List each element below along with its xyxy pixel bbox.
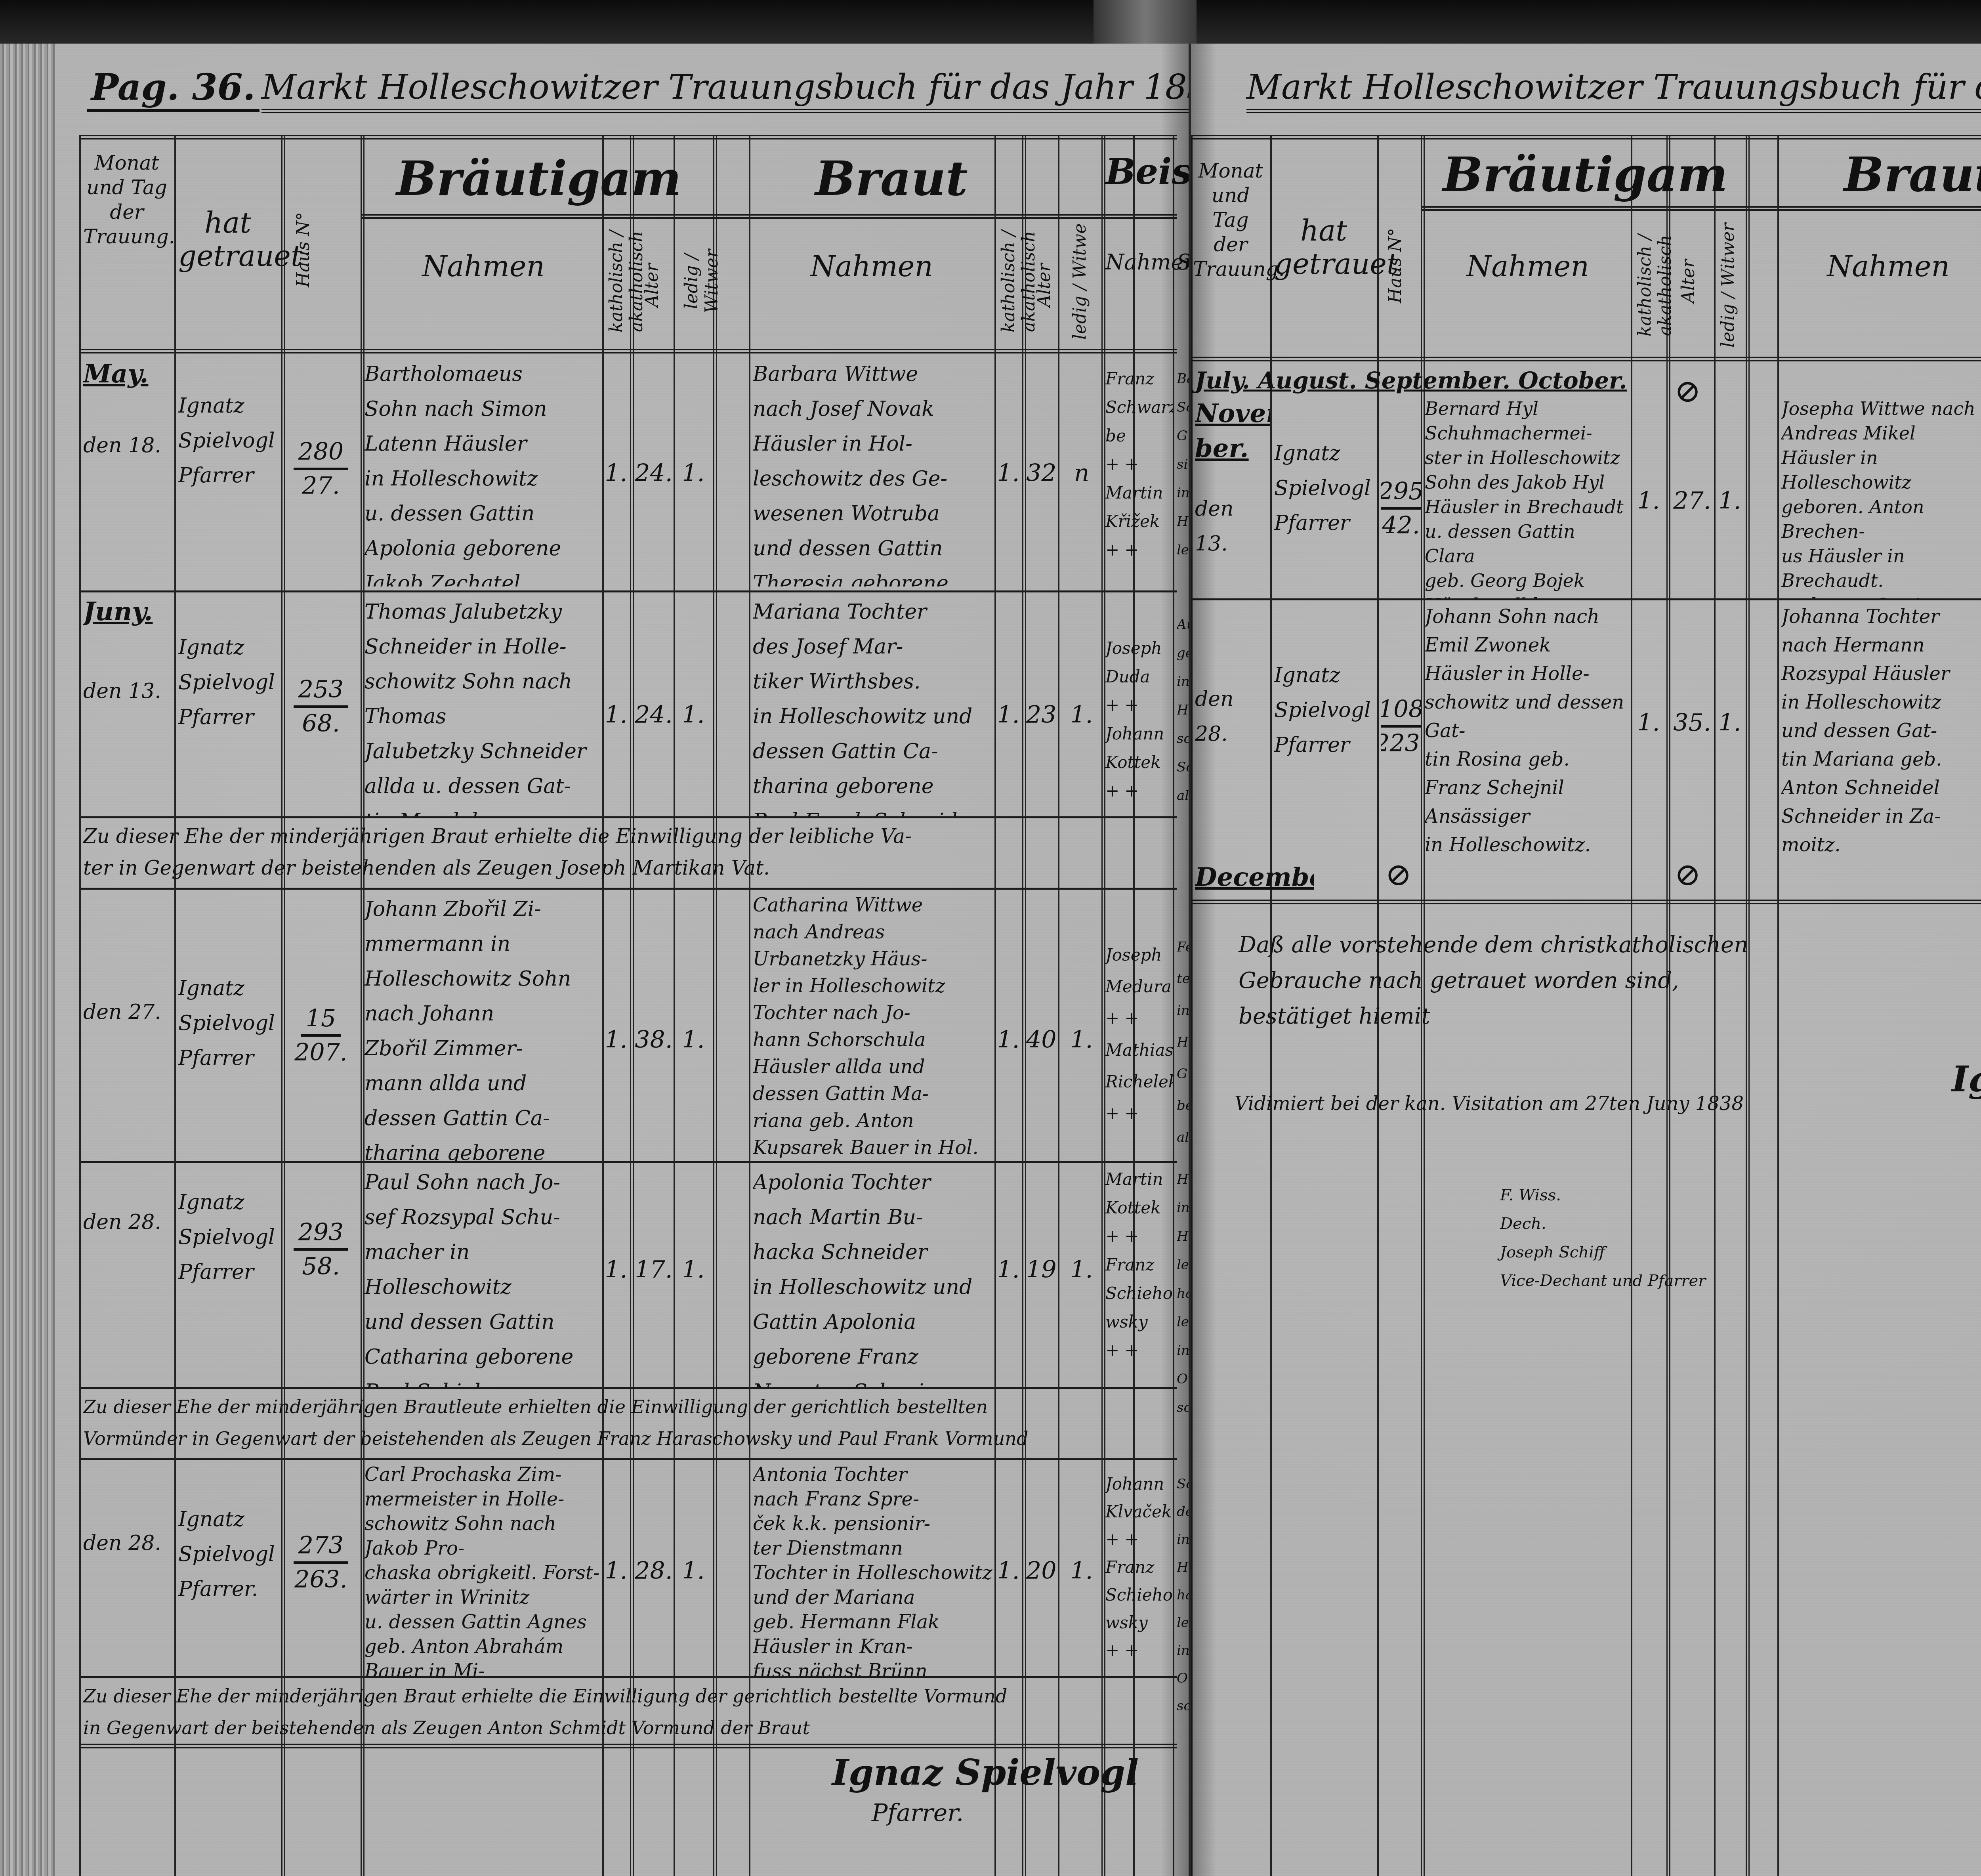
pastor-signature: Ignaz Spielvogl <box>1952 1058 1981 1100</box>
entry-month: Novem- ber. <box>1195 396 1270 466</box>
left-page-stack-edge <box>0 44 55 1876</box>
consent-note: Zu dieser Ehe der minderjährigen Brautle… <box>83 1391 1191 1454</box>
consent-note: Zu dieser Ehe der minderjährigen Braut e… <box>83 820 1191 884</box>
entry-groom: Bartholomaeus Sohn nach Simon Latenn Häu… <box>365 357 602 586</box>
entry-day: den 28. <box>1195 682 1270 751</box>
header-house-number: Haus N° <box>293 174 313 325</box>
header-bride-age: Alter <box>1034 230 1054 341</box>
header-witness-name: Nahmen <box>1105 250 1173 275</box>
entry-groom-age: 38. <box>634 1022 674 1057</box>
entry-house-number: 253 68. <box>285 674 357 739</box>
entry-groom-age: 17. <box>634 1252 674 1287</box>
entry-bride-religion: 1. <box>994 697 1022 732</box>
entry-groom-religion: 1. <box>602 697 630 732</box>
entry-witness-status: Bauer Schmied Grundbe- sitzer in Hol- le… <box>1177 365 1191 564</box>
entry-groom-religion: 1. <box>602 1252 630 1287</box>
entry-house-number: 108 223. <box>1381 693 1421 759</box>
confirmation-note: Daß alle vorstehende dem christkatholisc… <box>1239 927 1833 1034</box>
entry-groom: Johann Zbořil Zi- mmermann in Holleschow… <box>365 892 602 1161</box>
header-groom-religion: katholisch / akatholisch <box>606 222 647 341</box>
header-bride-name: Nahmen <box>753 250 990 283</box>
register-entry: den 28. Ignatz Spielvogl Pfarrer 108 223… <box>1191 602 1981 856</box>
entry-witnesses: Johann Klvaček + + Franz Schieho- wsky +… <box>1105 1470 1173 1664</box>
header-officiant: hat getrauet <box>1274 214 1373 281</box>
entry-groom-status: 1. <box>674 1553 713 1588</box>
header-bride-religion: katholisch / akatholisch <box>998 222 1039 341</box>
header-groom-age: Alter <box>1678 222 1699 341</box>
entry-officiant: Ignatz Spielvogl Pfarrer. <box>178 1502 277 1607</box>
entry-bride-age: 20. <box>1026 1553 1058 1588</box>
entry-witnesses: Franz Schwarz be + + Martin Křižek + + <box>1105 365 1173 564</box>
pastor-title: Pfarrer. <box>872 1799 964 1827</box>
entry-groom-age: 35. <box>1670 705 1714 740</box>
entry-day: den 27. <box>83 995 170 1030</box>
header-month-day: Monat und Tag der Trauung. <box>83 151 170 249</box>
entry-bride: Johanna Tochter nach Hermann Rozsypal Hä… <box>1781 602 1981 856</box>
left-title-row: Pag. 36. Markt Holleschowitzer Trauungsb… <box>55 65 1189 113</box>
header-bride-status: ledig / Witwe <box>1070 222 1090 341</box>
entry-officiant: Ignatz Spielvogl Pfarrer <box>1274 436 1373 541</box>
entry-groom-age: 24. <box>634 456 674 491</box>
header-groom: Bräutigam <box>365 151 713 206</box>
left-page: Pag. 36. Markt Holleschowitzer Trauungsb… <box>55 44 1191 1876</box>
header-bride: Braut <box>1781 147 1981 203</box>
register-entry: den 27. Ignatz Spielvogl Pfarrer 15 207.… <box>79 892 1177 1161</box>
entry-groom-status: 1. <box>674 697 713 732</box>
entry-groom: Bernard Hyl Schuhmachermei- ster in Holl… <box>1425 396 1631 598</box>
right-page: Markt Holleschowitzer Trauungsbuch für d… <box>1191 44 1981 1876</box>
header-bride-name: Nahmen <box>1781 250 1981 283</box>
entry-bride: Barbara Wittwe nach Josef Novak Häusler … <box>753 357 994 586</box>
entry-officiant: Ignatz Spielvogl Pfarrer <box>178 1185 277 1290</box>
entry-bride: Catharina Wittwe nach Andreas Urbanetzky… <box>753 892 994 1161</box>
entry-bride: Antonia Tochter nach Franz Spre- ček k.k… <box>753 1462 994 1676</box>
entry-house-number: 295 42. <box>1381 476 1421 541</box>
entry-day: den 13. <box>83 674 170 709</box>
right-page-title: Markt Holleschowitzer Trauungsbuch für d… <box>1246 65 1981 113</box>
entry-month: Juny. <box>83 594 170 629</box>
header-groom-status: ledig / Witwer <box>1718 222 1738 349</box>
entry-day: den 28. <box>83 1526 170 1561</box>
header-groom-name: Nahmen <box>365 250 602 283</box>
entry-month: May. <box>83 357 170 392</box>
entry-groom: Johann Sohn nach Emil Zwonek Häusler in … <box>1425 602 1631 856</box>
visitation-note: Vidimiert bei der kan. Visitation am 27t… <box>1235 1086 1829 1121</box>
entry-bride: Mariana Tochter des Josef Mar- tiker Wir… <box>753 594 994 816</box>
entry-bride-religion: 1. <box>994 456 1022 491</box>
entry-day: den 18. <box>83 428 170 463</box>
entry-witnesses: Joseph Duda + + Johann Kottek + + <box>1105 634 1173 805</box>
header-groom-religion: katholisch / akatholisch <box>1635 222 1675 349</box>
december-label: December. <box>1195 860 1314 895</box>
entry-bride-religion: 1. <box>994 1022 1022 1057</box>
entry-house-number: 280 27. <box>285 436 357 502</box>
header-bride: Braut <box>753 151 1030 206</box>
entry-officiant: Ignatz Spielvogl Pfarrer <box>178 971 277 1076</box>
right-title-row: Markt Holleschowitzer Trauungsbuch für d… <box>1191 65 1981 113</box>
entry-bride: Apolonia Tochter nach Martin Bu- hacka S… <box>753 1165 994 1387</box>
entry-bride-status: n <box>1062 456 1101 491</box>
entry-bride-religion: 1. <box>994 1252 1022 1287</box>
register-entry: May. den 18. Ignatz Spielvogl Pfarrer 28… <box>79 357 1177 586</box>
no-marriage-months: July. August. September. October. <box>1195 363 1631 398</box>
entry-officiant: Ignatz Spielvogl Pfarrer <box>178 388 277 493</box>
entry-groom-status: 1. <box>674 456 713 491</box>
entry-groom-age: 24. <box>634 697 674 732</box>
register-entry: den 28. Ignatz Spielvogl Pfarrer 293 58.… <box>79 1165 1177 1387</box>
header-groom: Bräutigam <box>1425 147 1746 203</box>
left-page-number: Pag. 36. <box>87 65 260 112</box>
entry-bride-status: 1. <box>1062 1553 1101 1588</box>
header-groom-age: Alter <box>642 230 662 341</box>
header-officiant: hat getrauet <box>178 206 277 273</box>
header-house-number: Haus N° <box>1385 194 1405 337</box>
entry-witness-status: Feldhü- ter in Holleschowitz Grund- besi… <box>1177 931 1191 1153</box>
entry-groom-status: 1. <box>1714 705 1746 740</box>
entry-bride-religion: 1. <box>994 1553 1022 1588</box>
entry-groom-religion: 1. <box>602 1553 630 1588</box>
entry-bride-age: 23. <box>1026 697 1058 732</box>
consent-note: Zu dieser Ehe der minderjährigen Braut e… <box>83 1680 1191 1744</box>
header-witness-status: Stand <box>1177 250 1191 275</box>
entry-groom-religion: 1. <box>1631 705 1666 740</box>
entry-bride: Josepha Wittwe nach Andreas Mikel Häusle… <box>1781 396 1981 598</box>
entry-bride-age: 32. <box>1026 456 1058 491</box>
header-witnesses: Beiständer <box>1105 151 1191 193</box>
entry-bride-status: 1. <box>1062 1022 1101 1057</box>
register-entry: den 28. Ignatz Spielvogl Pfarrer. 273 26… <box>79 1462 1177 1676</box>
empty-mark-icon: ⊘ <box>1674 856 1701 893</box>
entry-bride-status: 1. <box>1062 1252 1101 1287</box>
empty-mark-icon: ⊘ <box>1385 856 1412 893</box>
header-groom-name: Nahmen <box>1425 250 1631 283</box>
entry-bride-age: 40. <box>1026 1022 1058 1057</box>
entry-witnesses: Joseph Medura + + Mathias Richelek + + <box>1105 939 1173 1129</box>
header-groom-status: ledig / Witwer <box>681 222 722 341</box>
entry-house-number: 293 58. <box>285 1217 357 1282</box>
entry-house-number: 15 207. <box>285 1003 357 1068</box>
entry-groom-status: 1. <box>674 1022 713 1057</box>
entry-officiant: Ignatz Spielvogl Pfarrer <box>178 630 277 735</box>
header-month-day: Monat und Tag der Trauung. <box>1193 159 1268 281</box>
entry-groom-religion: 1. <box>602 456 630 491</box>
register-entry: Novem- ber. den 13. Ignatz Spielvogl Pfa… <box>1191 396 1981 598</box>
entry-groom: Thomas Jalubetzky Schneider in Holle- sc… <box>365 594 602 816</box>
entry-bride-status: 1. <box>1062 697 1101 732</box>
entry-house-number: 273 263. <box>285 1530 357 1595</box>
right-register-grid: Monat und Tag der Trauung. hat getrauet … <box>1191 135 1981 1876</box>
visitation-signature: F. Wiss. Dech. Joseph Schiff Vice-Dechan… <box>1500 1181 1738 1295</box>
pastor-signature: Ignaz Spielvogl <box>832 1752 1139 1794</box>
left-page-title: Markt Holleschowitzer Trauungsbuch für d… <box>261 65 1191 113</box>
entry-witnesses: Martin Kottek + + Franz Schieho- wsky + … <box>1105 1165 1173 1365</box>
entry-officiant: Ignatz Spielvogl Pfarrer <box>1274 658 1373 762</box>
entry-witness-status: Ausgedin- ger in Holle- schowitz Schneid… <box>1177 610 1191 810</box>
entry-witness-status: Häusler in Hol- leschowitz halb- lehner … <box>1177 1165 1191 1422</box>
entry-groom: Paul Sohn nach Jo- sef Rozsypal Schu- ma… <box>365 1165 602 1387</box>
entry-groom-religion: 1. <box>1631 483 1666 518</box>
left-register-grid: Monat und Tag der Trauung. hat getrauet … <box>79 135 1177 1876</box>
entry-groom-status: 1. <box>1714 483 1746 518</box>
register-entry: Juny. den 13. Ignatz Spielvogl Pfarrer 2… <box>79 594 1177 816</box>
entry-groom-religion: 1. <box>602 1022 630 1057</box>
entry-groom-age: 27. <box>1670 483 1714 518</box>
entry-day: den 28. <box>83 1205 170 1240</box>
entry-groom: Carl Prochaska Zim- mermeister in Holle-… <box>365 1462 602 1676</box>
entry-bride-age: 19. <box>1026 1252 1058 1287</box>
entry-day: den 13. <box>1195 491 1270 561</box>
entry-groom-status: 1. <box>674 1252 713 1287</box>
entry-groom-age: 28. <box>634 1553 674 1588</box>
